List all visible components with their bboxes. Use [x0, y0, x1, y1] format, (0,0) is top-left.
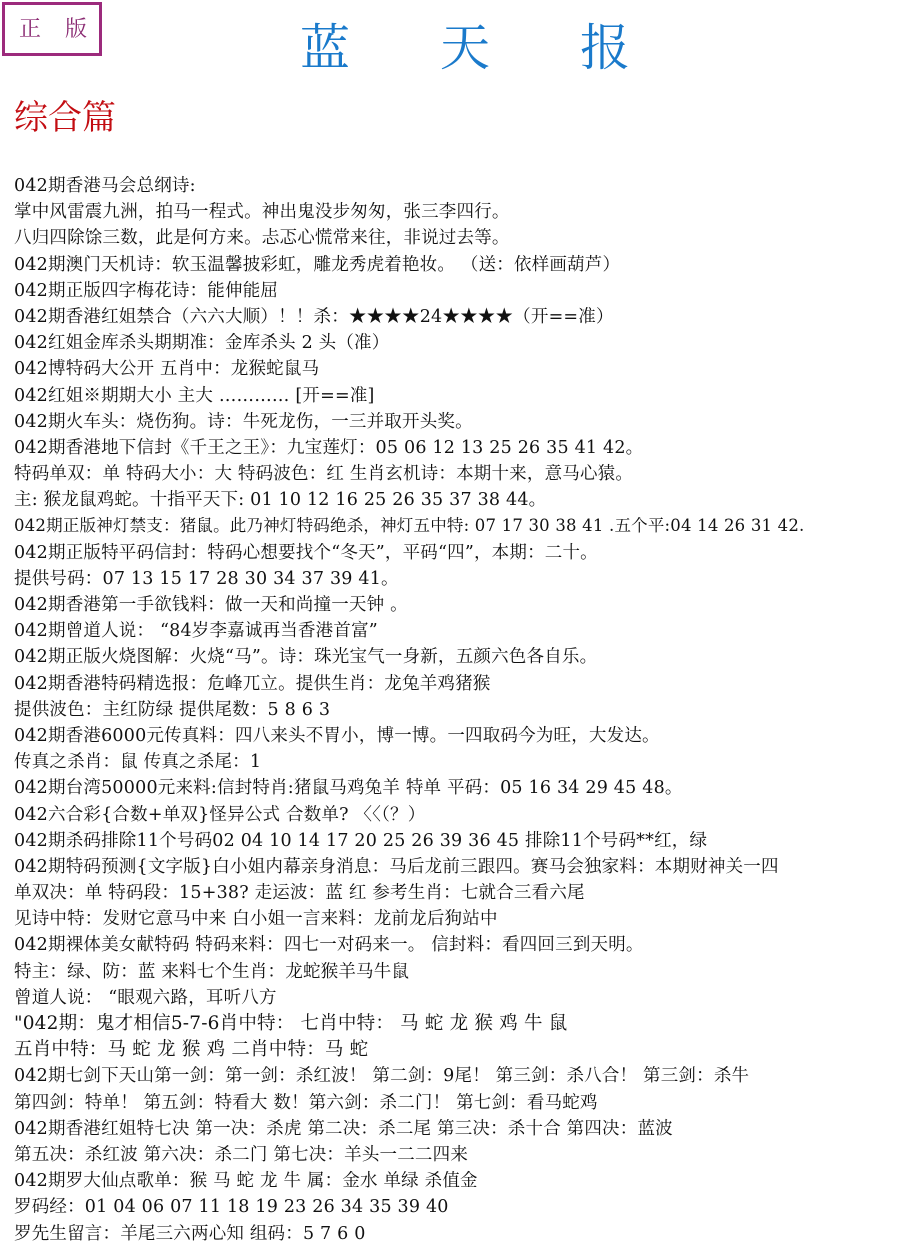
- badge-char: 版: [65, 12, 87, 43]
- text-line: 042期特码预测{文字版}白小姐内幕亲身消息：马后龙前三跟四。赛马会独家料：本期…: [14, 854, 900, 880]
- text-line: 特主：绿、防：蓝 来料七个生肖：龙蛇猴羊马牛鼠: [14, 959, 900, 985]
- text-line: 042期香港6000元传真料：四八来头不胃小，博一博。一四取码今为旺，大发达。: [14, 723, 900, 749]
- text-line: 042期香港地下信封《千王之王》：九宝莲灯：05 06 12 13 25 26 …: [14, 435, 900, 461]
- content-lines: 042期香港马会总纲诗: 掌中风雷震九洲，拍马一程式。神出鬼没步匆匆，张三李四行…: [14, 173, 900, 1245]
- text-line: 042期正版火烧图解：火烧“马”。诗：珠光宝气一身新，五颜六色各自乐。: [14, 644, 900, 670]
- text-line: 提供号码：07 13 15 17 28 30 34 37 39 41。: [14, 566, 900, 592]
- text-line: 042红姐金库杀头期期准：金库杀头 2 头（准）: [14, 330, 900, 356]
- text-line: 曾道人说： “眼观六路，耳听八方: [14, 985, 900, 1011]
- text-line: 042期罗大仙点歌单：猴 马 蛇 龙 牛 属：金水 单绿 杀值金: [14, 1168, 900, 1194]
- text-line: 特码单双：单 特码大小：大 特码波色：红 生肖玄机诗：本期十来，意马心猿。: [14, 461, 900, 487]
- text-line: 042期正版四字梅花诗：能伸能屈: [14, 278, 900, 304]
- text-line: 042期澳门天机诗：软玉温馨披彩虹，雕龙秀虎着艳妆。 （送：依样画葫芦）: [14, 252, 900, 278]
- text-line: 042期香港红姐特七决 第一决：杀虎 第二决：杀二尾 第三决：杀十合 第四决：蓝…: [14, 1116, 900, 1142]
- text-line: 042期台湾50000元来料:信封特肖:猪鼠马鸡兔羊 特单 平码：05 16 3…: [14, 775, 900, 801]
- page-title: 蓝 天 报: [300, 18, 630, 78]
- edition-badge: 正 版: [2, 2, 102, 56]
- text-line: 042期七剑下天山第一剑：第一剑：杀红波！ 第二剑：9尾！ 第三剑：杀八合！ 第…: [14, 1063, 900, 1089]
- text-line: 042期杀码排除11个号码02 04 10 14 17 20 25 26 39 …: [14, 828, 900, 854]
- text-line: 042博特码大公开 五肖中：龙猴蛇鼠马: [14, 356, 900, 382]
- text-line: 第四剑：特单！ 第五剑：特看大 数！第六剑：杀二门！ 第七剑：看马蛇鸡: [14, 1090, 900, 1116]
- text-line: 042期曾道人说： “84岁李嘉诚再当香港首富”: [14, 618, 900, 644]
- text-line: 第五决：杀红波 第六决：杀二门 第七决：羊头一二二四来: [14, 1142, 900, 1168]
- text-line: 042期正版神灯禁支：猪鼠。此乃神灯特码绝杀，神灯五中特: 07 17 30 3…: [14, 513, 900, 539]
- text-line: "042期：鬼才相信5-7-6肖中特： 七肖中特： 马 蛇 龙 猴 鸡 牛 鼠: [14, 1011, 900, 1037]
- text-line: 罗先生留言：羊尾三六两心知 组码：5 7 6 0: [14, 1221, 900, 1245]
- text-line: 罗码经：01 04 06 07 11 18 19 23 26 34 35 39 …: [14, 1194, 900, 1220]
- text-line: 042期香港红姐禁合（六六大顺）！！杀：★★★★24★★★★（开==准）: [14, 304, 900, 330]
- title-char: 报: [580, 18, 630, 78]
- text-line: 042红姐※期期大小 主大 ………… [开==准]: [14, 383, 900, 409]
- title-char: 蓝: [300, 18, 350, 78]
- text-line: 042期火车头：烧伤狗。诗：牛死龙伤，一三并取开头奖。: [14, 409, 900, 435]
- text-line: 见诗中特：发财它意马中来 白小姐一言来料：龙前龙后狗站中: [14, 906, 900, 932]
- badge-char: 正: [19, 12, 41, 43]
- text-line: 主: 猴龙鼠鸡蛇。十指平天下: 01 10 12 16 25 26 35 37 …: [14, 487, 900, 513]
- text-line: 042期香港特码精选报：危峰兀立。提供生肖：龙兔羊鸡猪猴: [14, 671, 900, 697]
- text-line: 单双决：单 特码段：15+38? 走运波：蓝 红 参考生肖：七就合三看六尾: [14, 880, 900, 906]
- text-line: 八归四除馀三数，此是何方来。忐忑心慌常来往，非说过去等。: [14, 225, 900, 251]
- text-line: 042期正版特平码信封：特码心想要找个“冬天”，平码“四”，本期：二十。: [14, 540, 900, 566]
- text-line: 042期裸体美女献特码 特码来料：四七一对码来一。 信封料：看四回三到天明。: [14, 932, 900, 958]
- text-line: 传真之杀肖：鼠 传真之杀尾：1: [14, 749, 900, 775]
- text-line: 五肖中特：马 蛇 龙 猴 鸡 二肖中特：马 蛇: [14, 1037, 900, 1063]
- text-line: 042六合彩{合数+单双}怪异公式 合数单? 〈〈（？）: [14, 802, 900, 828]
- text-line: 042期香港第一手欲钱料：做一天和尚撞一天钟 。: [14, 592, 900, 618]
- section-heading: 综合篇: [14, 96, 116, 140]
- title-char: 天: [440, 18, 490, 78]
- text-line: 提供波色：主红防绿 提供尾数：5 8 6 3: [14, 697, 900, 723]
- text-line: 042期香港马会总纲诗:: [14, 173, 900, 199]
- text-line: 掌中风雷震九洲，拍马一程式。神出鬼没步匆匆，张三李四行。: [14, 199, 900, 225]
